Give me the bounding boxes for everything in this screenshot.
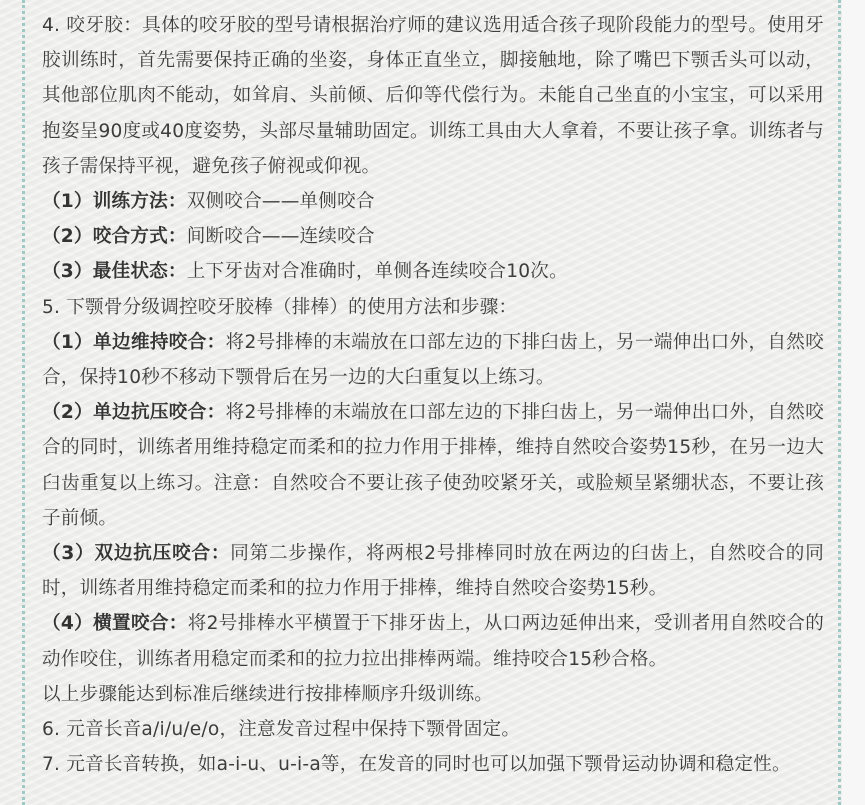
item-number: （1） [42,332,93,353]
item-label: 双边抗压咬合： [95,543,231,564]
article-body: 4. 咬牙胶：具体的咬牙胶的型号请根据治疗师的建议选用适合孩子现阶段能力的型号。… [42,8,824,782]
section-6-paragraph: 6. 元音长音a/i/u/e/o，注意发音过程中保持下颚骨固定。 [42,712,824,747]
item-label: 最佳状态： [93,261,187,282]
section-5-item-4: （4）横置咬合：将2号排棒水平横置于下排牙齿上，从口两边延伸出来，受训者用自然咬… [42,606,824,676]
item-label: 横置咬合： [93,613,188,634]
section-5-footer: 以上步骤能达到标准后继续进行按排棒顺序升级训练。 [42,677,824,712]
section-4-item-2: （2）咬合方式：间断咬合——连续咬合 [42,219,824,254]
item-label: 咬合方式： [93,226,187,247]
item-number: （2） [42,402,93,423]
outer-margin [842,0,865,805]
section-5-item-3: （3）双边抗压咬合：同第二步操作，将两根2号排棒同时放在两边的臼齿上，自然咬合的… [42,536,824,606]
item-text: 间断咬合——连续咬合 [187,226,375,247]
item-text: 双侧咬合——单侧咬合 [187,191,375,212]
item-label: 训练方法： [93,191,187,212]
dotted-border-left [22,0,25,805]
section-5-item-2: （2）单边抗压咬合：将2号排棒的末端放在口部左边的下排臼齿上，另一端伸出口外，自… [42,395,824,536]
item-number: （3） [42,543,95,564]
item-number: （4） [42,613,93,634]
section-4-paragraph: 4. 咬牙胶：具体的咬牙胶的型号请根据治疗师的建议选用适合孩子现阶段能力的型号。… [42,8,824,184]
item-number: （3） [42,261,93,282]
section-7-paragraph: 7. 元音长音转换，如a-i-u、u-i-a等，在发音的同时也可以加强下颚骨运动… [42,747,824,782]
item-text: 上下牙齿对合准确时，单侧各连续咬合10次。 [187,261,568,282]
item-label: 单边维持咬合： [93,332,225,353]
section-4-item-1: （1）训练方法：双侧咬合——单侧咬合 [42,184,824,219]
section-5-item-1: （1）单边维持咬合：将2号排棒的末端放在口部左边的下排臼齿上，另一端伸出口外，自… [42,325,824,395]
item-number: （1） [42,191,93,212]
item-number: （2） [42,226,93,247]
section-4-item-3: （3）最佳状态：上下牙齿对合准确时，单侧各连续咬合10次。 [42,254,824,289]
dotted-border-right [838,0,841,805]
section-5-heading: 5. 下颚骨分级调控咬牙胶棒（排棒）的使用方法和步骤： [42,290,824,325]
item-label: 单边抗压咬合： [93,402,225,423]
